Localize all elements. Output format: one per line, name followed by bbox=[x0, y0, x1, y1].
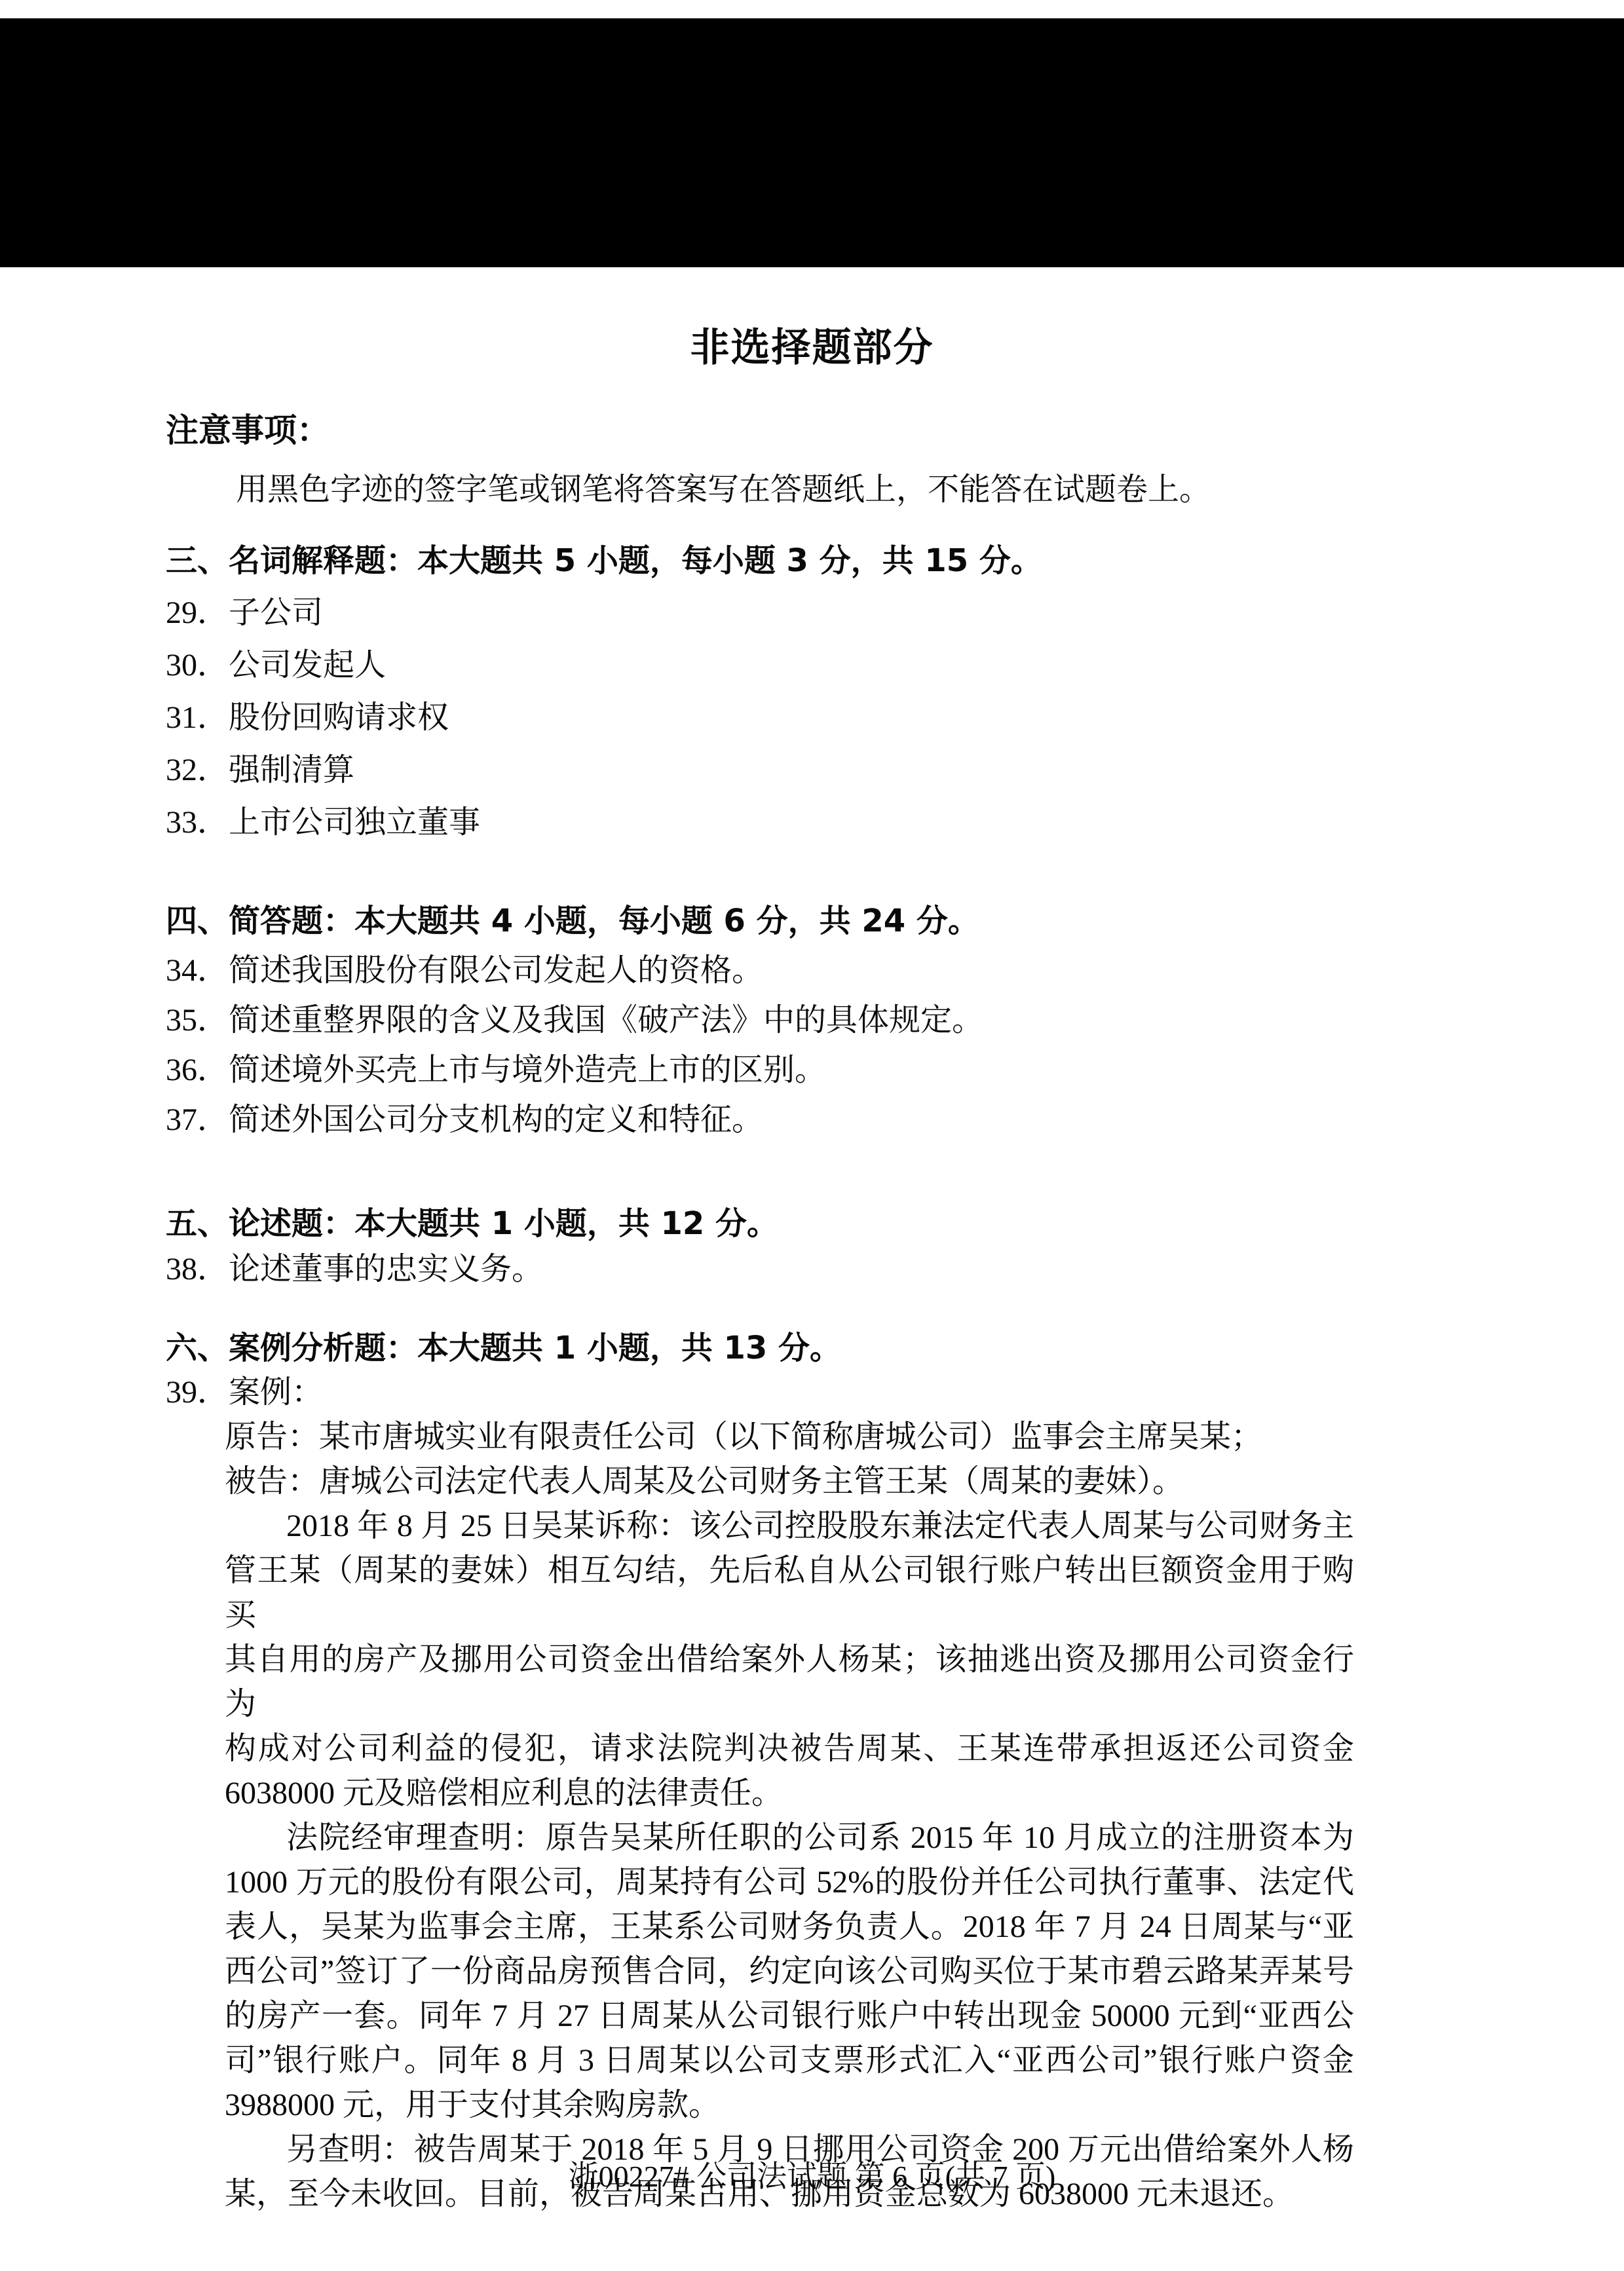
case-text-line: 1000 万元的股份有限公司，周某持有公司 52%的股份并任公司执行董事、法定代 bbox=[225, 1860, 1354, 1905]
case-plaintiff-line: 原告：某市唐城实业有限责任公司（以下简称唐城公司）监事会主席吴某； bbox=[225, 1415, 1354, 1459]
question-29: 29．子公司 bbox=[166, 587, 1354, 639]
question-38: 38．论述董事的忠实义务。 bbox=[166, 1247, 1354, 1292]
question-35: 35．简述重整界限的含义及我国《破产法》中的具体规定。 bbox=[166, 996, 1354, 1045]
redaction-black-bar bbox=[0, 18, 1624, 267]
case-text-line: 法院经审理查明：原告吴某所任职的公司系 2015 年 10 月成立的注册资本为 bbox=[225, 1816, 1354, 1860]
case-text-line: 管王某（周某的妻妹）相互勾结，先后私自从公司银行账户转出巨额资金用于购买 bbox=[225, 1548, 1354, 1638]
page-footer: 浙00227# 公司法试题 第 6 页(共 7 页) bbox=[0, 2160, 1624, 2194]
case-text-line: 构成对公司利益的侵犯，请求法院判决被告周某、王某连带承担返还公司资金 bbox=[225, 1727, 1354, 1771]
case-text-line: 6038000 元及赔偿相应利息的法律责任。 bbox=[225, 1771, 1354, 1816]
section-6-heading: 六、案例分析题：本大题共 1 小题，共 13 分。 bbox=[166, 1326, 1354, 1370]
question-39: 39．案例： bbox=[166, 1370, 1354, 1415]
question-31: 31．股份回购请求权 bbox=[166, 692, 1354, 744]
section-essay: 五、论述题：本大题共 1 小题，共 12 分。 38．论述董事的忠实义务。 bbox=[166, 1201, 1354, 1292]
question-37: 37．简述外国公司分支机构的定义和特征。 bbox=[166, 1095, 1354, 1145]
section-3-heading: 三、名词解释题：本大题共 5 小题，每小题 3 分，共 15 分。 bbox=[166, 535, 1354, 587]
case-text-line: 西公司”签订了一份商品房预售合同，约定向该公司购买位于某市碧云路某弄某号 bbox=[225, 1949, 1354, 1994]
section-short-answer: 四、简答题：本大题共 4 小题，每小题 6 分，共 24 分。 34．简述我国股… bbox=[166, 896, 1354, 1145]
case-defendant-line: 被告：唐城公司法定代表人周某及公司财务主管王某（周某的妻妹）。 bbox=[225, 1459, 1354, 1504]
notice-heading: 注意事项： bbox=[166, 412, 330, 449]
notice-text: 用黑色字迹的签字笔或钢笔将答案写在答题纸上，不能答在试题卷上。 bbox=[236, 472, 1211, 508]
section-definitions: 三、名词解释题：本大题共 5 小题，每小题 3 分，共 15 分。 29．子公司… bbox=[166, 535, 1354, 849]
case-text-line: 3988000 元，用于支付其余购房款。 bbox=[225, 2083, 1354, 2128]
question-33: 33．上市公司独立董事 bbox=[166, 797, 1354, 849]
case-text-line: 其自用的房产及挪用公司资金出借给案外人杨某；该抽逃出资及挪用公司资金行为 bbox=[225, 1638, 1354, 1727]
case-text-line: 司”银行账户。同年 8 月 3 日周某以公司支票形式汇入“亚西公司”银行账户资金 bbox=[225, 2038, 1354, 2083]
page-title: 非选择题部分 bbox=[0, 325, 1624, 371]
question-32: 32．强制清算 bbox=[166, 744, 1354, 797]
section-5-heading: 五、论述题：本大题共 1 小题，共 12 分。 bbox=[166, 1201, 1354, 1247]
case-text-line: 的房产一套。同年 7 月 27 日周某从公司银行账户中转出现金 50000 元到… bbox=[225, 1994, 1354, 2038]
question-30: 30．公司发起人 bbox=[166, 639, 1354, 692]
section-case-analysis: 六、案例分析题：本大题共 1 小题，共 13 分。 39．案例： 原告：某市唐城… bbox=[166, 1326, 1354, 2217]
case-text-line: 2018 年 8 月 25 日吴某诉称：该公司控股股东兼法定代表人周某与公司财务… bbox=[225, 1504, 1354, 1548]
question-34: 34．简述我国股份有限公司发起人的资格。 bbox=[166, 946, 1354, 996]
exam-page: 非选择题部分 注意事项： 用黑色字迹的签字笔或钢笔将答案写在答题纸上，不能答在试… bbox=[0, 0, 1624, 2271]
question-36: 36．简述境外买壳上市与境外造壳上市的区别。 bbox=[166, 1045, 1354, 1095]
case-text-line: 表人，吴某为监事会主席，王某系公司财务负责人。2018 年 7 月 24 日周某… bbox=[225, 1905, 1354, 1949]
section-4-heading: 四、简答题：本大题共 4 小题，每小题 6 分，共 24 分。 bbox=[166, 896, 1354, 946]
